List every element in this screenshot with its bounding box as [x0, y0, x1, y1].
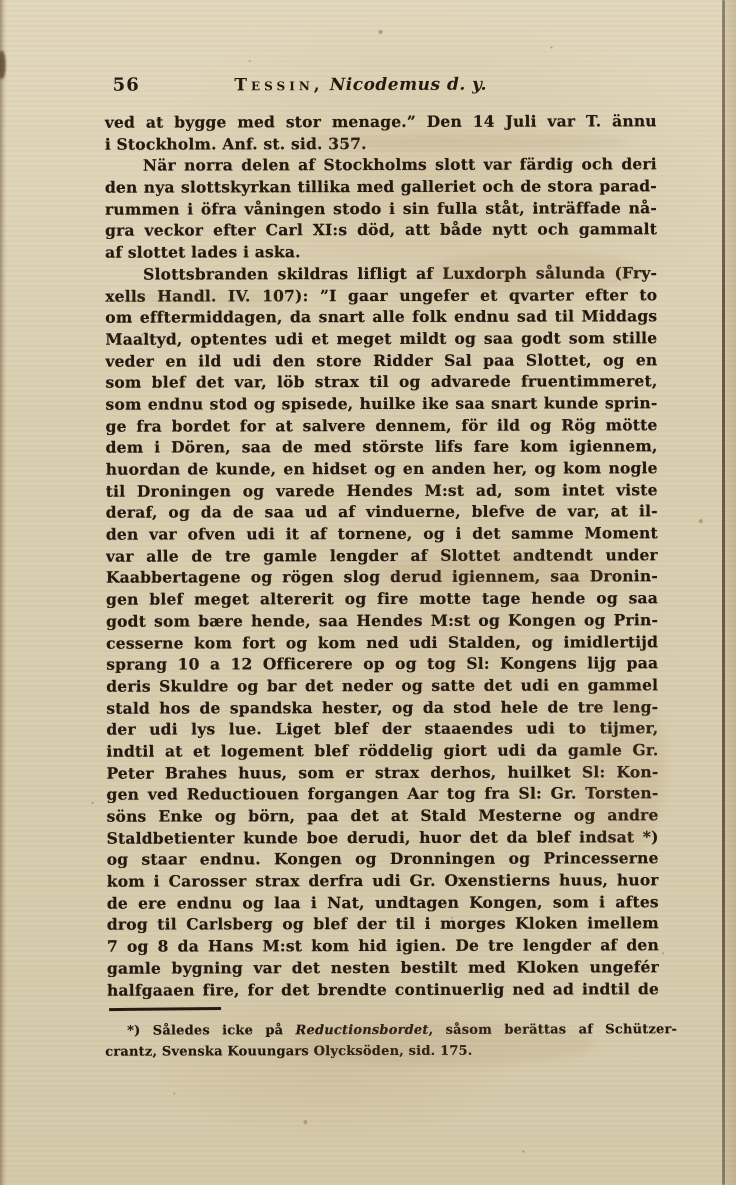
- text-line: drog til Carlsberg og blef der til i mor…: [107, 913, 659, 936]
- text-line: ved at bygge med stor menage.” Den 14 Ju…: [105, 110, 657, 133]
- text-line: cesserne kom fort og kom ned udi Stalden…: [106, 631, 658, 654]
- text-line: som blef det var, löb strax til og advar…: [105, 370, 657, 393]
- text-line: godt som bære hende, saa Hendes M:st og …: [106, 609, 658, 632]
- text-line: sprang 10 a 12 Officerere op og tog Sl: …: [106, 652, 658, 675]
- text-line: gen blef meget altererit og fire motte t…: [106, 587, 658, 610]
- text-line: og staar endnu. Kongen og Dronningen og …: [107, 848, 659, 871]
- text-line: kom i Carosser strax derfra udi Gr. Oxen…: [107, 869, 659, 892]
- running-title: Tessin,Nicodemus d. y.: [105, 74, 617, 95]
- text-line: den var ofven udi it af tornene, og i de…: [106, 522, 658, 545]
- footnote-separator-rule: [109, 1007, 221, 1011]
- text-line: Maaltyd, optentes udi et meget mildt og …: [105, 327, 657, 350]
- text-line: som endnu stod og spisede, huilke ike sa…: [105, 392, 657, 415]
- ink-bleedthrough-stain: [575, 679, 665, 859]
- text-line: der udi lys lue. Liget blef der staaende…: [106, 717, 658, 740]
- text-line: gamle bygning var det nesten bestilt med…: [107, 956, 659, 979]
- page-fold-line: [722, 0, 725, 1185]
- text-line: söns Enke og börn, paa det at Stald Mest…: [107, 804, 659, 827]
- text-line: om efftermiddagen, da snart alle folk en…: [105, 305, 657, 328]
- footnote-text: *) Således icke på: [127, 1023, 295, 1038]
- running-title-subject: Nicodemus d. y.: [330, 75, 487, 95]
- text-line: halfgaaen fire, for det brendte continue…: [107, 978, 659, 1001]
- text-line: huordan de kunde, en hidset og en anden …: [106, 457, 658, 480]
- text-line: Staldbetienter kunde boe derudi, huor de…: [107, 826, 659, 849]
- text-line: När norra delen af Stockholms slott var …: [105, 154, 657, 177]
- page-edge-left: [0, 0, 7, 1185]
- text-line: veder en ild udi den store Ridder Sal pa…: [105, 349, 657, 372]
- text-line: den nya slottskyrkan tillika med galleri…: [105, 175, 657, 198]
- text-line: ge fra bordet for at salvere dennem, för…: [106, 414, 658, 437]
- text-line: gra veckor efter Carl XI:s död, att både…: [105, 219, 657, 242]
- running-title-author: Tessin,: [234, 75, 323, 95]
- text-line: deraf, og da de saa ud af vinduerne, ble…: [106, 501, 658, 524]
- text-line: rummen i öfra våningen stodo i sin fulla…: [105, 197, 657, 220]
- book-page-scan: 56 Tessin,Nicodemus d. y. ved at bygge m…: [0, 0, 736, 1185]
- page-content: 56 Tessin,Nicodemus d. y. ved at bygge m…: [0, 0, 736, 1185]
- text-line: til Droningen og varede Hendes M:st ad, …: [106, 479, 658, 502]
- text-line: deris Skuldre og bar det neder og satte …: [106, 674, 658, 697]
- text-line: 7 og 8 da Hans M:st kom hid igien. De tr…: [107, 934, 659, 957]
- page-header: 56 Tessin,Nicodemus d. y.: [105, 73, 657, 98]
- text-line: stald hos de spandska hester, og da stod…: [106, 696, 658, 719]
- text-line: dem i Dören, saa de med störste lifs far…: [106, 436, 658, 459]
- text-line: de ere endnu og laa i Nat, undtagen Kong…: [107, 891, 659, 914]
